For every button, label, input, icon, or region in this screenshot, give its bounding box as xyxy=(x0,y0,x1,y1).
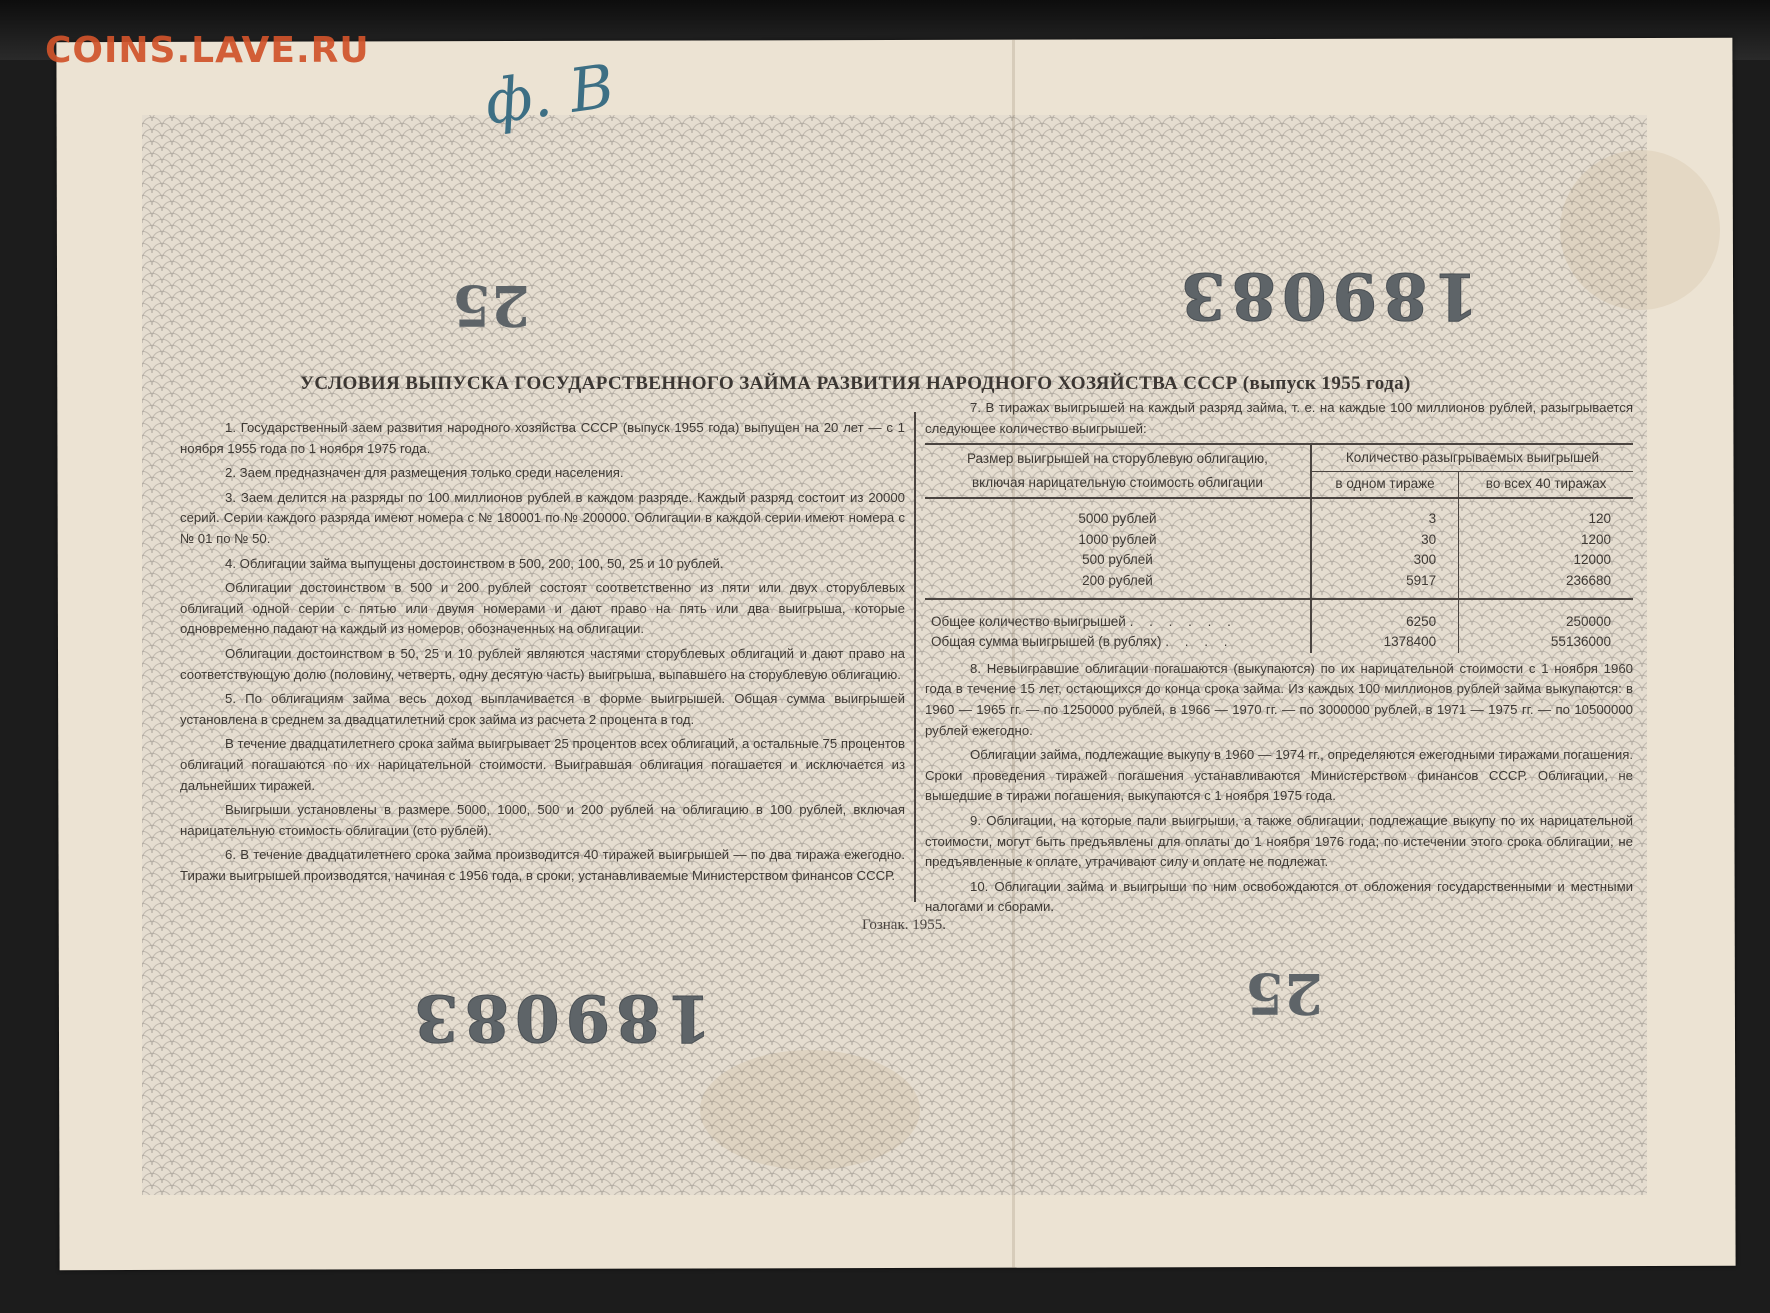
prize-count-all-draws: 120 xyxy=(1459,498,1633,530)
prize-count-one-draw: 3 xyxy=(1311,498,1459,530)
total-label-text: Общее количество выигрышей xyxy=(931,614,1126,629)
table-row: 500 рублей 300 12000 xyxy=(925,550,1633,571)
prize-table-header-all-draws: во всех 40 тиражах xyxy=(1459,471,1633,498)
paper-stain xyxy=(1560,150,1720,310)
total-all-draws: 250000 xyxy=(1459,599,1633,633)
paragraph: 9. Облигации, на которые пали выигрыши, … xyxy=(925,811,1633,873)
paragraph: Облигации займа, подлежащие выкупу в 196… xyxy=(925,745,1633,807)
total-one-draw: 6250 xyxy=(1311,599,1459,633)
paragraph: Облигации достоинством в 500 и 200 рубле… xyxy=(180,578,905,640)
column-divider xyxy=(914,412,916,902)
printer-mark: Гознак. 1955. xyxy=(862,917,946,934)
conditions-left-column: 1. Государственный заем развития народно… xyxy=(180,418,905,890)
paragraph: В течение двадцатилетнего срока займа вы… xyxy=(180,734,905,796)
prize-table-header-amount: Размер выигрышей на сторублевую облигаци… xyxy=(925,444,1311,498)
leader-dots: . . . . . . xyxy=(1130,614,1237,629)
prize-table-header-group: Количество разыгрываемых выигрышей xyxy=(1311,444,1633,471)
prize-count-all-draws: 236680 xyxy=(1459,571,1633,599)
paragraph: 3. Заем делится на разряды по 100 миллио… xyxy=(180,488,905,550)
table-row: 1000 рублей 30 1200 xyxy=(925,530,1633,551)
prize-count-all-draws: 1200 xyxy=(1459,530,1633,551)
table-row: 5000 рублей 3 120 xyxy=(925,498,1633,530)
prize-amount: 1000 рублей xyxy=(925,530,1311,551)
leader-dots: . . . . xyxy=(1165,634,1233,649)
paragraph: Выигрыши установлены в размере 5000, 100… xyxy=(180,800,905,841)
paragraph-intro: 7. В тиражах выигрышей на каждый разряд … xyxy=(925,398,1633,439)
total-label: Общее количество выигрышей . . . . . . xyxy=(925,599,1311,633)
prize-table-header-one-draw: в одном тираже xyxy=(1311,471,1459,498)
paragraph: 10. Облигации займа и выигрыши по ним ос… xyxy=(925,877,1633,918)
total-all-draws: 55136000 xyxy=(1459,632,1633,653)
total-label: Общая сумма выигрышей (в рублях) . . . . xyxy=(925,632,1311,653)
prize-amount: 5000 рублей xyxy=(925,498,1311,530)
paragraph: 1. Государственный заем развития народно… xyxy=(180,418,905,459)
prize-count-one-draw: 5917 xyxy=(1311,571,1459,599)
prize-amount: 200 рублей xyxy=(925,571,1311,599)
header-line: Размер выигрышей на сторублевую облигаци… xyxy=(931,447,1304,471)
table-total-row: Общее количество выигрышей . . . . . . 6… xyxy=(925,599,1633,633)
header-line: включая нарицательную стоимость облигаци… xyxy=(931,471,1304,495)
paragraph: 6. В течение двадцатилетнего срока займа… xyxy=(180,845,905,886)
paragraph: 8. Невыигравшие облигации погашаются (вы… xyxy=(925,659,1633,741)
denomination-mark-bottom: 25 xyxy=(1245,960,1323,1026)
prize-amount: 500 рублей xyxy=(925,550,1311,571)
prize-count-one-draw: 30 xyxy=(1311,530,1459,551)
paragraph: 2. Заем предназначен для размещения толь… xyxy=(180,463,905,484)
prize-count-all-draws: 12000 xyxy=(1459,550,1633,571)
paragraph: Облигации достоинством в 50, 25 и 10 руб… xyxy=(180,644,905,685)
serial-number-bottom: 189083 xyxy=(408,980,711,1055)
serial-number-top: 189083 xyxy=(1175,258,1478,333)
total-label-text: Общая сумма выигрышей (в рублях) xyxy=(931,634,1162,649)
paragraph: 5. По облигациям займа весь доход выплач… xyxy=(180,689,905,730)
paragraph: 4. Облигации займа выпущены достоинством… xyxy=(180,554,905,575)
prize-count-one-draw: 300 xyxy=(1311,550,1459,571)
table-row: 200 рублей 5917 236680 xyxy=(925,571,1633,599)
total-one-draw: 1378400 xyxy=(1311,632,1459,653)
prize-table: Размер выигрышей на сторублевую облигаци… xyxy=(925,443,1633,653)
conditions-right-column: 7. В тиражах выигрышей на каждый разряд … xyxy=(925,398,1633,922)
denomination-mark-top: 25 xyxy=(452,272,530,338)
table-total-row: Общая сумма выигрышей (в рублях) . . . .… xyxy=(925,632,1633,653)
paper-stain xyxy=(700,1050,920,1170)
document-title: УСЛОВИЯ ВЫПУСКА ГОСУДАРСТВЕННОГО ЗАЙМА Р… xyxy=(300,373,1510,395)
watermark: COINS.LAVE.RU xyxy=(45,30,370,71)
